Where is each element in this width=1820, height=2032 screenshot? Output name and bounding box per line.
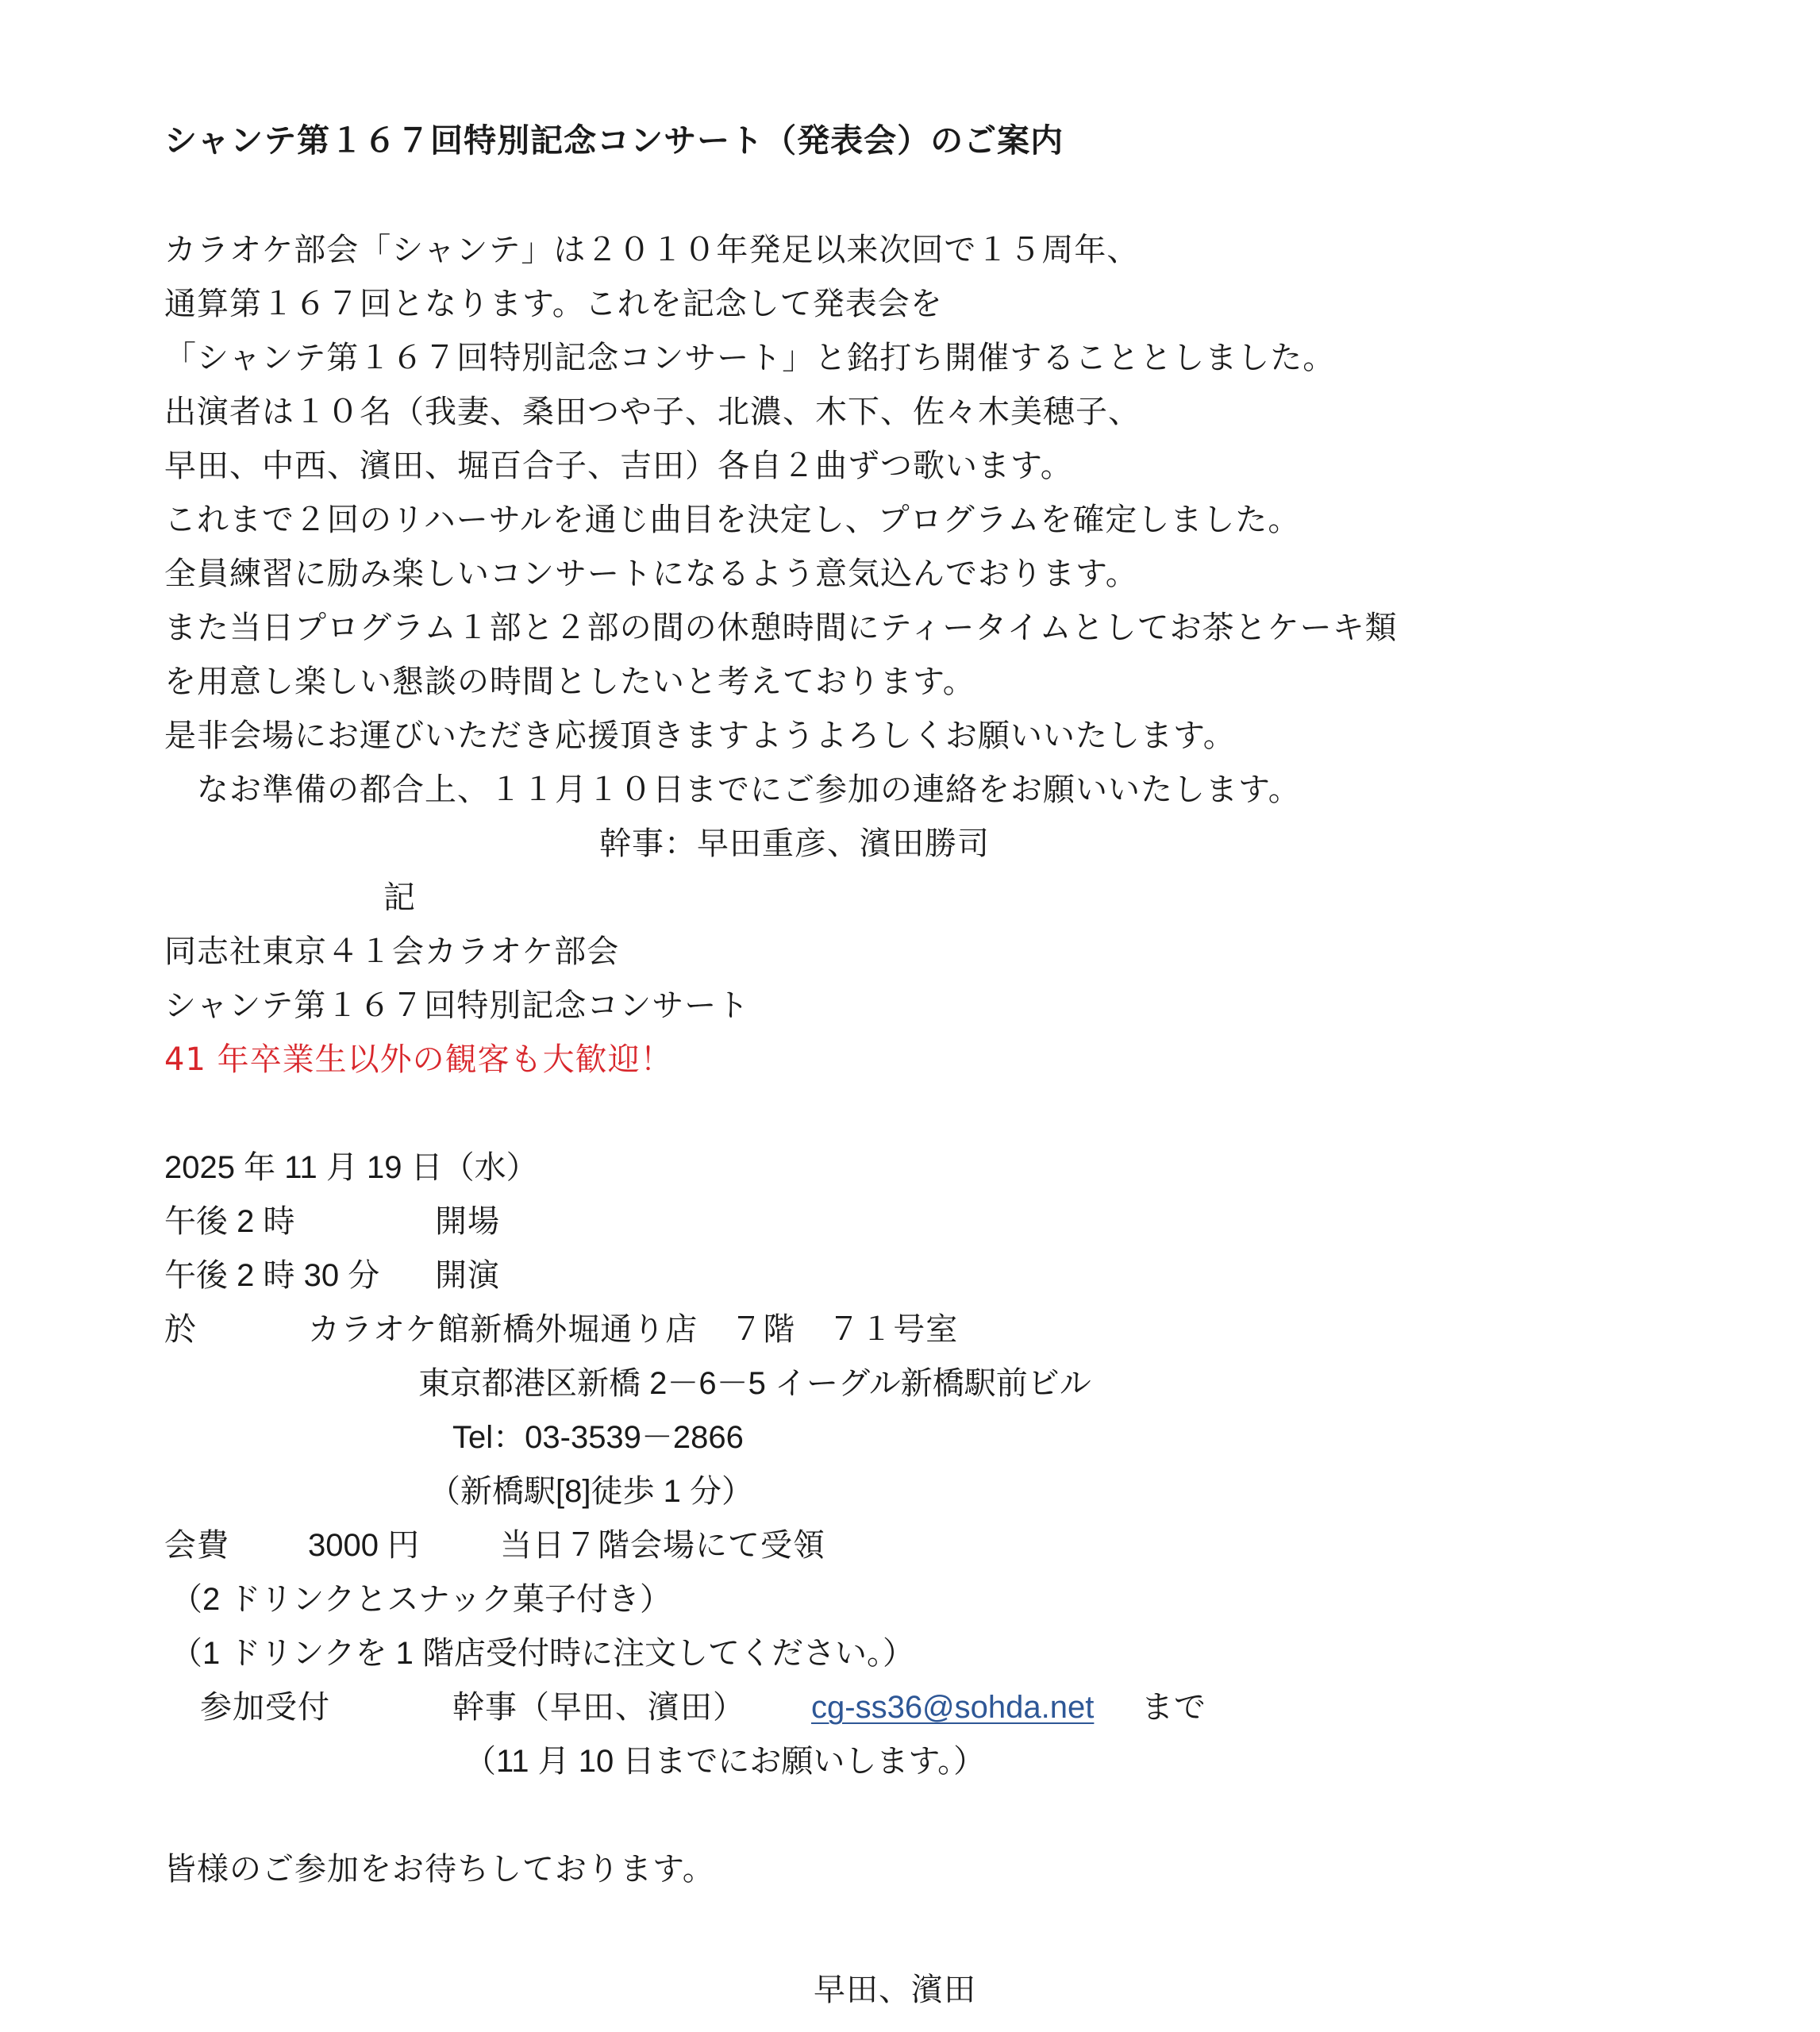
fee-label: 会費 (164, 1526, 229, 1565)
start-time: 午後 2 時 30 分 (164, 1256, 379, 1295)
intro-line: 通算第１６７回となります。これを記念して発表会を (164, 284, 943, 324)
venue-access: （新橋駅[8]徒歩 1 分） (429, 1472, 753, 1511)
intro-line: を用意し楽しい懇談の時間としたいと考えております。 (164, 662, 975, 702)
rsvp-deadline: （11 月 10 日までにお願いします。） (464, 1741, 985, 1781)
intro-line: なお準備の都合上、１１月１０日までにご参加の連絡をお願いいたします。 (164, 770, 1301, 810)
signature: 早田、濱田 (814, 1970, 976, 2010)
event-name: シャンテ第１６７回特別記念コンサート (164, 986, 749, 1026)
event-date: 2025 年 11 月 19 日（水） (164, 1148, 538, 1187)
fee-note: 当日７階会場にて受領 (500, 1526, 825, 1565)
intro-line: 出演者は１０名（我妻、桑田つや子、北濃、木下、佐々木美穂子、 (164, 392, 1141, 432)
rsvp-contact: 幹事（早田、濱田） (452, 1688, 745, 1727)
venue-tel: Tel：03-3539－2866 (452, 1418, 744, 1457)
doors-label: 開場 (435, 1202, 500, 1241)
intro-line: カラオケ部会「シャンテ」は２０１０年発足以来次回で１５周年、 (164, 230, 1139, 270)
venue-label: 於 (164, 1310, 197, 1349)
fee-amount: 3000 円 (308, 1526, 419, 1565)
closing-message: 皆様のご参加をお待ちしております。 (164, 1849, 715, 1889)
intro-line: また当日プログラム１部と２部の間の休憩時間にティータイムとしてお茶とケーキ類 (164, 608, 1398, 648)
intro-line: 「シャンテ第１６７回特別記念コンサート」と銘打ち開催することとしました。 (164, 338, 1335, 378)
rsvp-email-link[interactable]: cg-ss36@sohda.net (811, 1688, 1094, 1727)
intro-line: 是非会場にお運びいただき応援頂きますようよろしくお願いいたします。 (164, 716, 1236, 756)
start-label: 開演 (435, 1256, 500, 1295)
organizers: 幹事：早田重彦、濱田勝司 (599, 824, 990, 864)
intro-line: 早田、中西、濱田、堀百合子、吉田）各自２曲ずつ歌います。 (164, 446, 1073, 486)
rsvp-label: 参加受付 (200, 1688, 330, 1727)
drink-note: （1 ドリンクを 1 階店受付時に注文してください。） (171, 1634, 914, 1673)
intro-line: これまで２回のリハーサルを通じ曲目を決定し、プログラムを確定しました。 (164, 500, 1300, 540)
welcome-notice: 41 年卒業生以外の観客も大歓迎！ (164, 1040, 673, 1079)
intro-line: 全員練習に励み楽しいコンサートになるよう意気込んでおります。 (164, 554, 1138, 594)
rsvp-suffix: まで (1141, 1688, 1206, 1727)
event-group: 同志社東京４１会カラオケ部会 (164, 932, 619, 972)
venue-name: カラオケ館新橋外堀通り店 ７階 ７１号室 (308, 1310, 958, 1349)
fee-includes: （2 ドリンクとスナック菓子付き） (171, 1580, 671, 1619)
doors-time: 午後 2 時 (164, 1202, 294, 1241)
venue-address: 東京都港区新橋 2－6－5 イーグル新橋駅前ビル (418, 1364, 1091, 1403)
document-title: シャンテ第１６７回特別記念コンサート（発表会）のご案内 (164, 121, 1064, 160)
ki-heading: 記 (383, 878, 416, 918)
